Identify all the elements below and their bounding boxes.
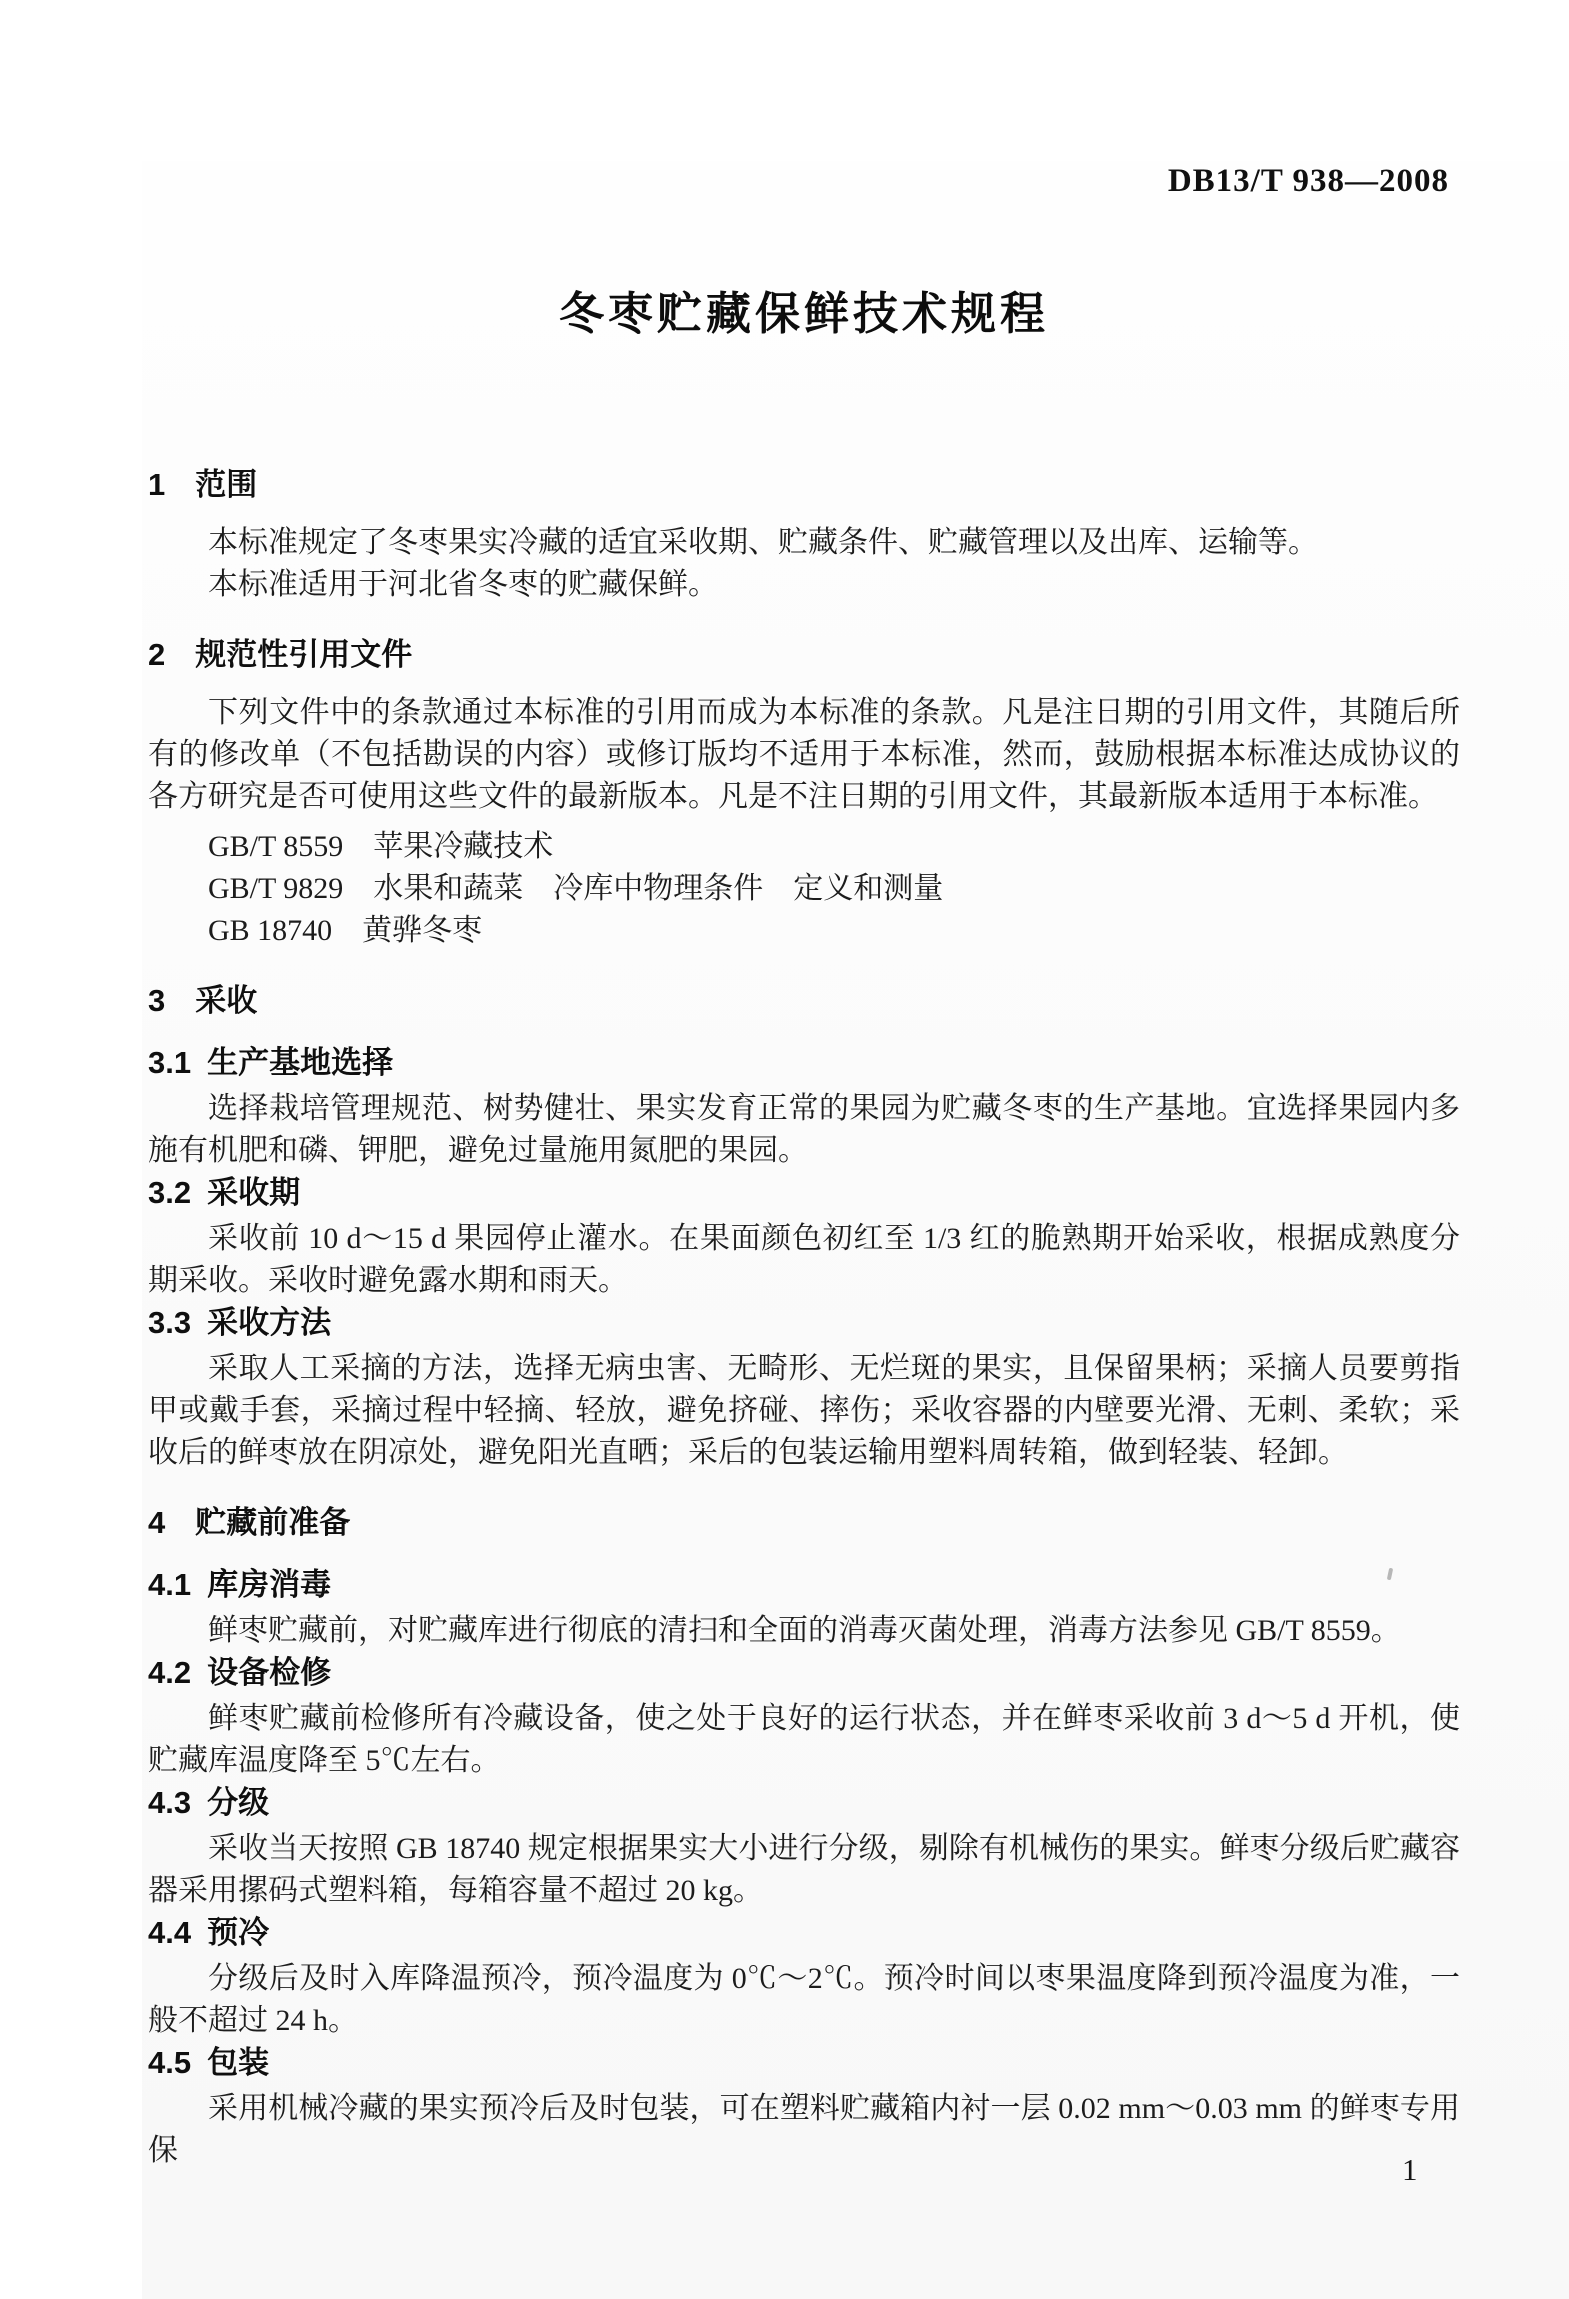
- clause-title: 贮藏前准备: [195, 1505, 350, 1540]
- clause-number: 4.4: [148, 1912, 191, 1954]
- document-page: DB13/T 938—2008 冬枣贮藏保鲜技术规程 1范围本标准规定了冬枣果实…: [0, 0, 1569, 2299]
- clause-title: 生产基地选择: [207, 1045, 393, 1080]
- document-body: 冬枣贮藏保鲜技术规程 1范围本标准规定了冬枣果实冷藏的适宜采收期、贮藏条件、贮藏…: [148, 0, 1460, 2172]
- clause-title: 库房消毒: [207, 1567, 331, 1602]
- clause-title: 规范性引用文件: [195, 637, 412, 672]
- clause-heading: 4贮藏前准备: [148, 1502, 1460, 1544]
- subclause-heading: 3.3采收方法: [148, 1302, 1460, 1344]
- clause-title: 采收期: [207, 1175, 300, 1210]
- reference-item: GB/T 9829 水果和蔬菜 冷库中物理条件 定义和测量: [148, 868, 1460, 910]
- subclause-heading: 4.5包装: [148, 2042, 1460, 2084]
- clause-heading: 1范围: [148, 464, 1460, 506]
- clause-number: 3.1: [148, 1042, 191, 1084]
- clause-title: 分级: [207, 1785, 269, 1820]
- clause-number: 4.3: [148, 1782, 191, 1824]
- clause-number: 4.1: [148, 1564, 191, 1606]
- paragraph: 采用机械冷藏的果实预冷后及时包装，可在塑料贮藏箱内衬一层 0.02 mm～0.0…: [148, 2088, 1460, 2172]
- clause-number: 4: [148, 1502, 165, 1544]
- subclause-heading: 4.4预冷: [148, 1912, 1460, 1954]
- clause-title: 包装: [207, 2045, 269, 2080]
- subclause-heading: 4.3分级: [148, 1782, 1460, 1824]
- subclause-heading: 4.1库房消毒: [148, 1564, 1460, 1606]
- clause-title: 采收: [195, 983, 257, 1018]
- clause-number: 4.5: [148, 2042, 191, 2084]
- page-number: 1: [1402, 2152, 1418, 2188]
- paragraph: 鲜枣贮藏前，对贮藏库进行彻底的清扫和全面的消毒灭菌处理，消毒方法参见 GB/T …: [148, 1610, 1460, 1652]
- reference-item: GB/T 8559 苹果冷藏技术: [148, 826, 1460, 868]
- paragraph: 分级后及时入库降温预冷，预冷温度为 0℃～2℃。预冷时间以枣果温度降到预冷温度为…: [148, 1958, 1460, 2042]
- clause-number: 3: [148, 980, 165, 1022]
- clause-number: 4.2: [148, 1652, 191, 1694]
- clause-heading: 2规范性引用文件: [148, 634, 1460, 676]
- paragraph: 鲜枣贮藏前检修所有冷藏设备，使之处于良好的运行状态，并在鲜枣采收前 3 d～5 …: [148, 1698, 1460, 1782]
- paragraph: 采收前 10 d～15 d 果园停止灌水。在果面颜色初红至 1/3 红的脆熟期开…: [148, 1218, 1460, 1302]
- paragraph: 采取人工采摘的方法，选择无病虫害、无畸形、无烂斑的果实，且保留果柄；采摘人员要剪…: [148, 1348, 1460, 1474]
- paragraph: 本标准规定了冬枣果实冷藏的适宜采收期、贮藏条件、贮藏管理以及出库、运输等。: [148, 522, 1460, 564]
- clause-number: 3.2: [148, 1172, 191, 1214]
- clause-number: 1: [148, 464, 165, 506]
- clause-heading: 3采收: [148, 980, 1460, 1022]
- paragraph: 下列文件中的条款通过本标准的引用而成为本标准的条款。凡是注日期的引用文件，其随后…: [148, 692, 1460, 818]
- clause-number: 2: [148, 634, 165, 676]
- clause-title: 采收方法: [207, 1305, 331, 1340]
- subclause-heading: 3.2采收期: [148, 1172, 1460, 1214]
- clause-title: 范围: [195, 467, 257, 502]
- paragraph: 选择栽培管理规范、树势健壮、果实发育正常的果园为贮藏冬枣的生产基地。宜选择果园内…: [148, 1088, 1460, 1172]
- clause-number: 3.3: [148, 1302, 191, 1344]
- paragraph: 采收当天按照 GB 18740 规定根据果实大小进行分级，剔除有机械伤的果实。鲜…: [148, 1828, 1460, 1912]
- document-title: 冬枣贮藏保鲜技术规程: [148, 284, 1460, 344]
- subclause-heading: 3.1生产基地选择: [148, 1042, 1460, 1084]
- clause-title: 设备检修: [207, 1655, 331, 1690]
- clause-title: 预冷: [207, 1915, 269, 1950]
- subclause-heading: 4.2设备检修: [148, 1652, 1460, 1694]
- reference-item: GB 18740 黄骅冬枣: [148, 910, 1460, 952]
- paragraph: 本标准适用于河北省冬枣的贮藏保鲜。: [148, 564, 1460, 606]
